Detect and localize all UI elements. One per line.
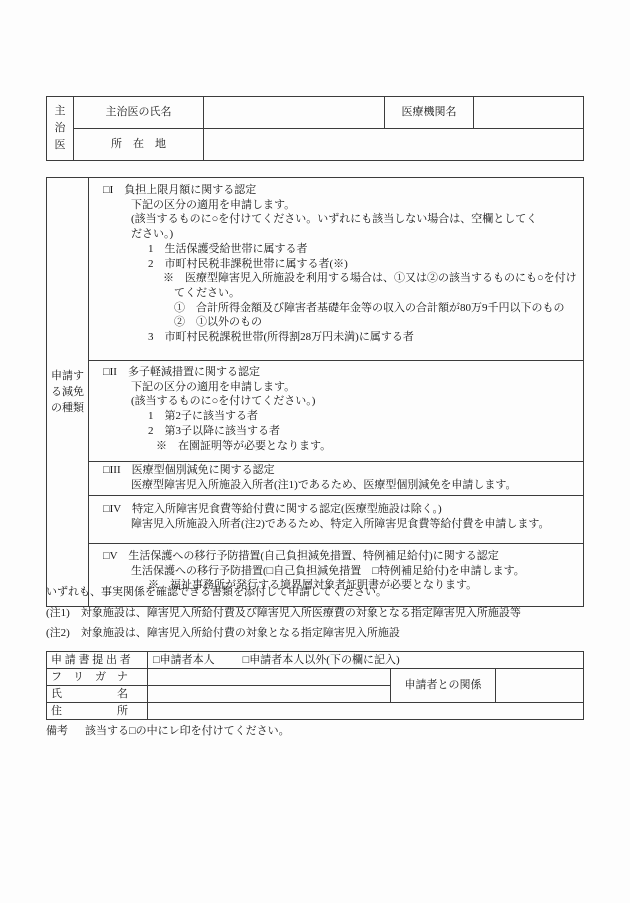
form-line: ② ①以外のもの [89,315,583,330]
doctor-side-char: 治 [47,120,73,137]
form-line: 生活保護への移行予防措置(□自己負担減免措置 □特例補足給付)を申請します。 [89,564,583,579]
form-line: ※ 在園証明等が必要となります。 [89,439,583,454]
remark-label: 備考 [46,725,68,737]
remark-text: 該当する□の中にレ印を付けてください。 [85,725,290,737]
submitter-head-label: 申 請 書 提 出 者 [47,652,148,669]
form-line: 障害児入所施設入所者(注2)であるため、特定入所障害児食費等給付費を申請します。 [89,517,583,532]
name-label: 氏 名 [47,686,148,703]
deduction-side-line: の種類 [47,400,88,416]
option-applicant-other: □申請者本人以外(下の欄に記入) [243,654,400,666]
section-meal-benefit: □IV 特定入所障害児食費等給付費に関する認定(医療型施設は除く。) 障害児入所… [89,496,584,544]
form-line: 医療型障害児入所施設入所者(注1)であるため、医療型個別減免を申請します。 [89,478,583,493]
name-field [148,686,391,703]
form-line: ださい。) [89,227,583,242]
doctor-name-field [204,97,385,129]
relation-field [496,669,584,703]
medical-org-label: 医療機関名 [385,97,474,129]
attach-note: いずれも、事実関係を確認できる書類を添付して申請してください。 [46,585,387,599]
form-line: □IV 特定入所障害児食費等給付費に関する認定(医療型施設は除く。) [89,502,583,517]
medical-org-field [474,97,584,129]
section-multi-child: □II 多子軽減措置に関する認定 下記の区分の適用を申請します。 (該当するもの… [89,361,584,462]
attending-doctor-table: 主 治 医 主治医の氏名 医療機関名 所 在 地 [46,96,584,161]
form-line: ※ 医療型障害児入所施設を利用する場合は、①又は②の該当するものにも○を付け [89,271,583,286]
form-line: (該当するものに○を付けてください。いずれにも該当しない場合は、空欄としてく [89,212,583,227]
form-line: 2 市町村民税非課税世帯に属する者(※) [89,257,583,272]
form-line: 2 第3子以降に該当する者 [89,424,583,439]
address-label: 住 所 [47,703,148,720]
doctor-side-label: 主 治 医 [47,97,74,161]
furigana-field [148,669,391,686]
form-line: □III 医療型個別減免に関する認定 [89,463,583,478]
form-line: □V 生活保護への移行予防措置(自己負担減免措置、特例補足給付)に関する認定 [89,549,583,564]
form-line: (該当するものに○を付けてください。) [89,394,583,409]
address-field [148,703,584,720]
form-line: 1 生活保護受給世帯に属する者 [89,242,583,257]
form-line: 下記の区分の適用を申請します。 [89,380,583,395]
doctor-address-field [204,129,584,161]
submitter-table: 申 請 書 提 出 者 □申請者本人□申請者本人以外(下の欄に記入) フ リ ガ… [46,651,584,720]
doctor-side-char: 医 [47,137,73,154]
option-applicant-self: □申請者本人 [153,654,215,666]
form-line: 1 第2子に該当する者 [89,409,583,424]
form-line: 3 市町村民税課税世帯(所得割28万円未満)に属する者 [89,330,583,345]
form-line: □I 負担上限月額に関する認定 [89,183,583,198]
note-2: (注2) 対象施設は、障害児入所給付費の対象となる指定障害児入所施設 [46,626,400,640]
section-medical-individual: □III 医療型個別減免に関する認定 医療型障害児入所施設入所者(注1)であるた… [89,462,584,496]
form-line: 下記の区分の適用を申請します。 [89,198,583,213]
remark-line: 備考該当する□の中にレ印を付けてください。 [46,724,290,738]
deduction-side-label: 申請す る減免 の種類 [47,178,89,607]
furigana-label: フ リ ガ ナ [47,669,148,686]
doctor-address-label: 所 在 地 [74,129,204,161]
deduction-side-line: 申請す [47,368,88,384]
form-line: てください。 [89,286,583,301]
doctor-side-char: 主 [47,103,73,120]
document-page: 主 治 医 主治医の氏名 医療機関名 所 在 地 申請す る減免 の種類 □ [0,0,630,903]
deduction-side-line: る減免 [47,384,88,400]
section-burden-cap: □I 負担上限月額に関する認定 下記の区分の適用を申請します。 (該当するものに… [89,178,584,361]
submitter-options: □申請者本人□申請者本人以外(下の欄に記入) [148,652,584,669]
form-line: □II 多子軽減措置に関する認定 [89,365,583,380]
form-line: ① 合計所得金額及び障害者基礎年金等の収入の合計額が80万9千円以下のもの [89,301,583,316]
deduction-type-table: 申請す る減免 の種類 □I 負担上限月額に関する認定 下記の区分の適用を申請し… [46,177,584,607]
note-1: (注1) 対象施設は、障害児入所給付費及び障害児入所医療費の対象となる指定障害児… [46,606,521,620]
doctor-name-label: 主治医の氏名 [74,97,204,129]
relation-label: 申請者との関係 [391,669,496,703]
